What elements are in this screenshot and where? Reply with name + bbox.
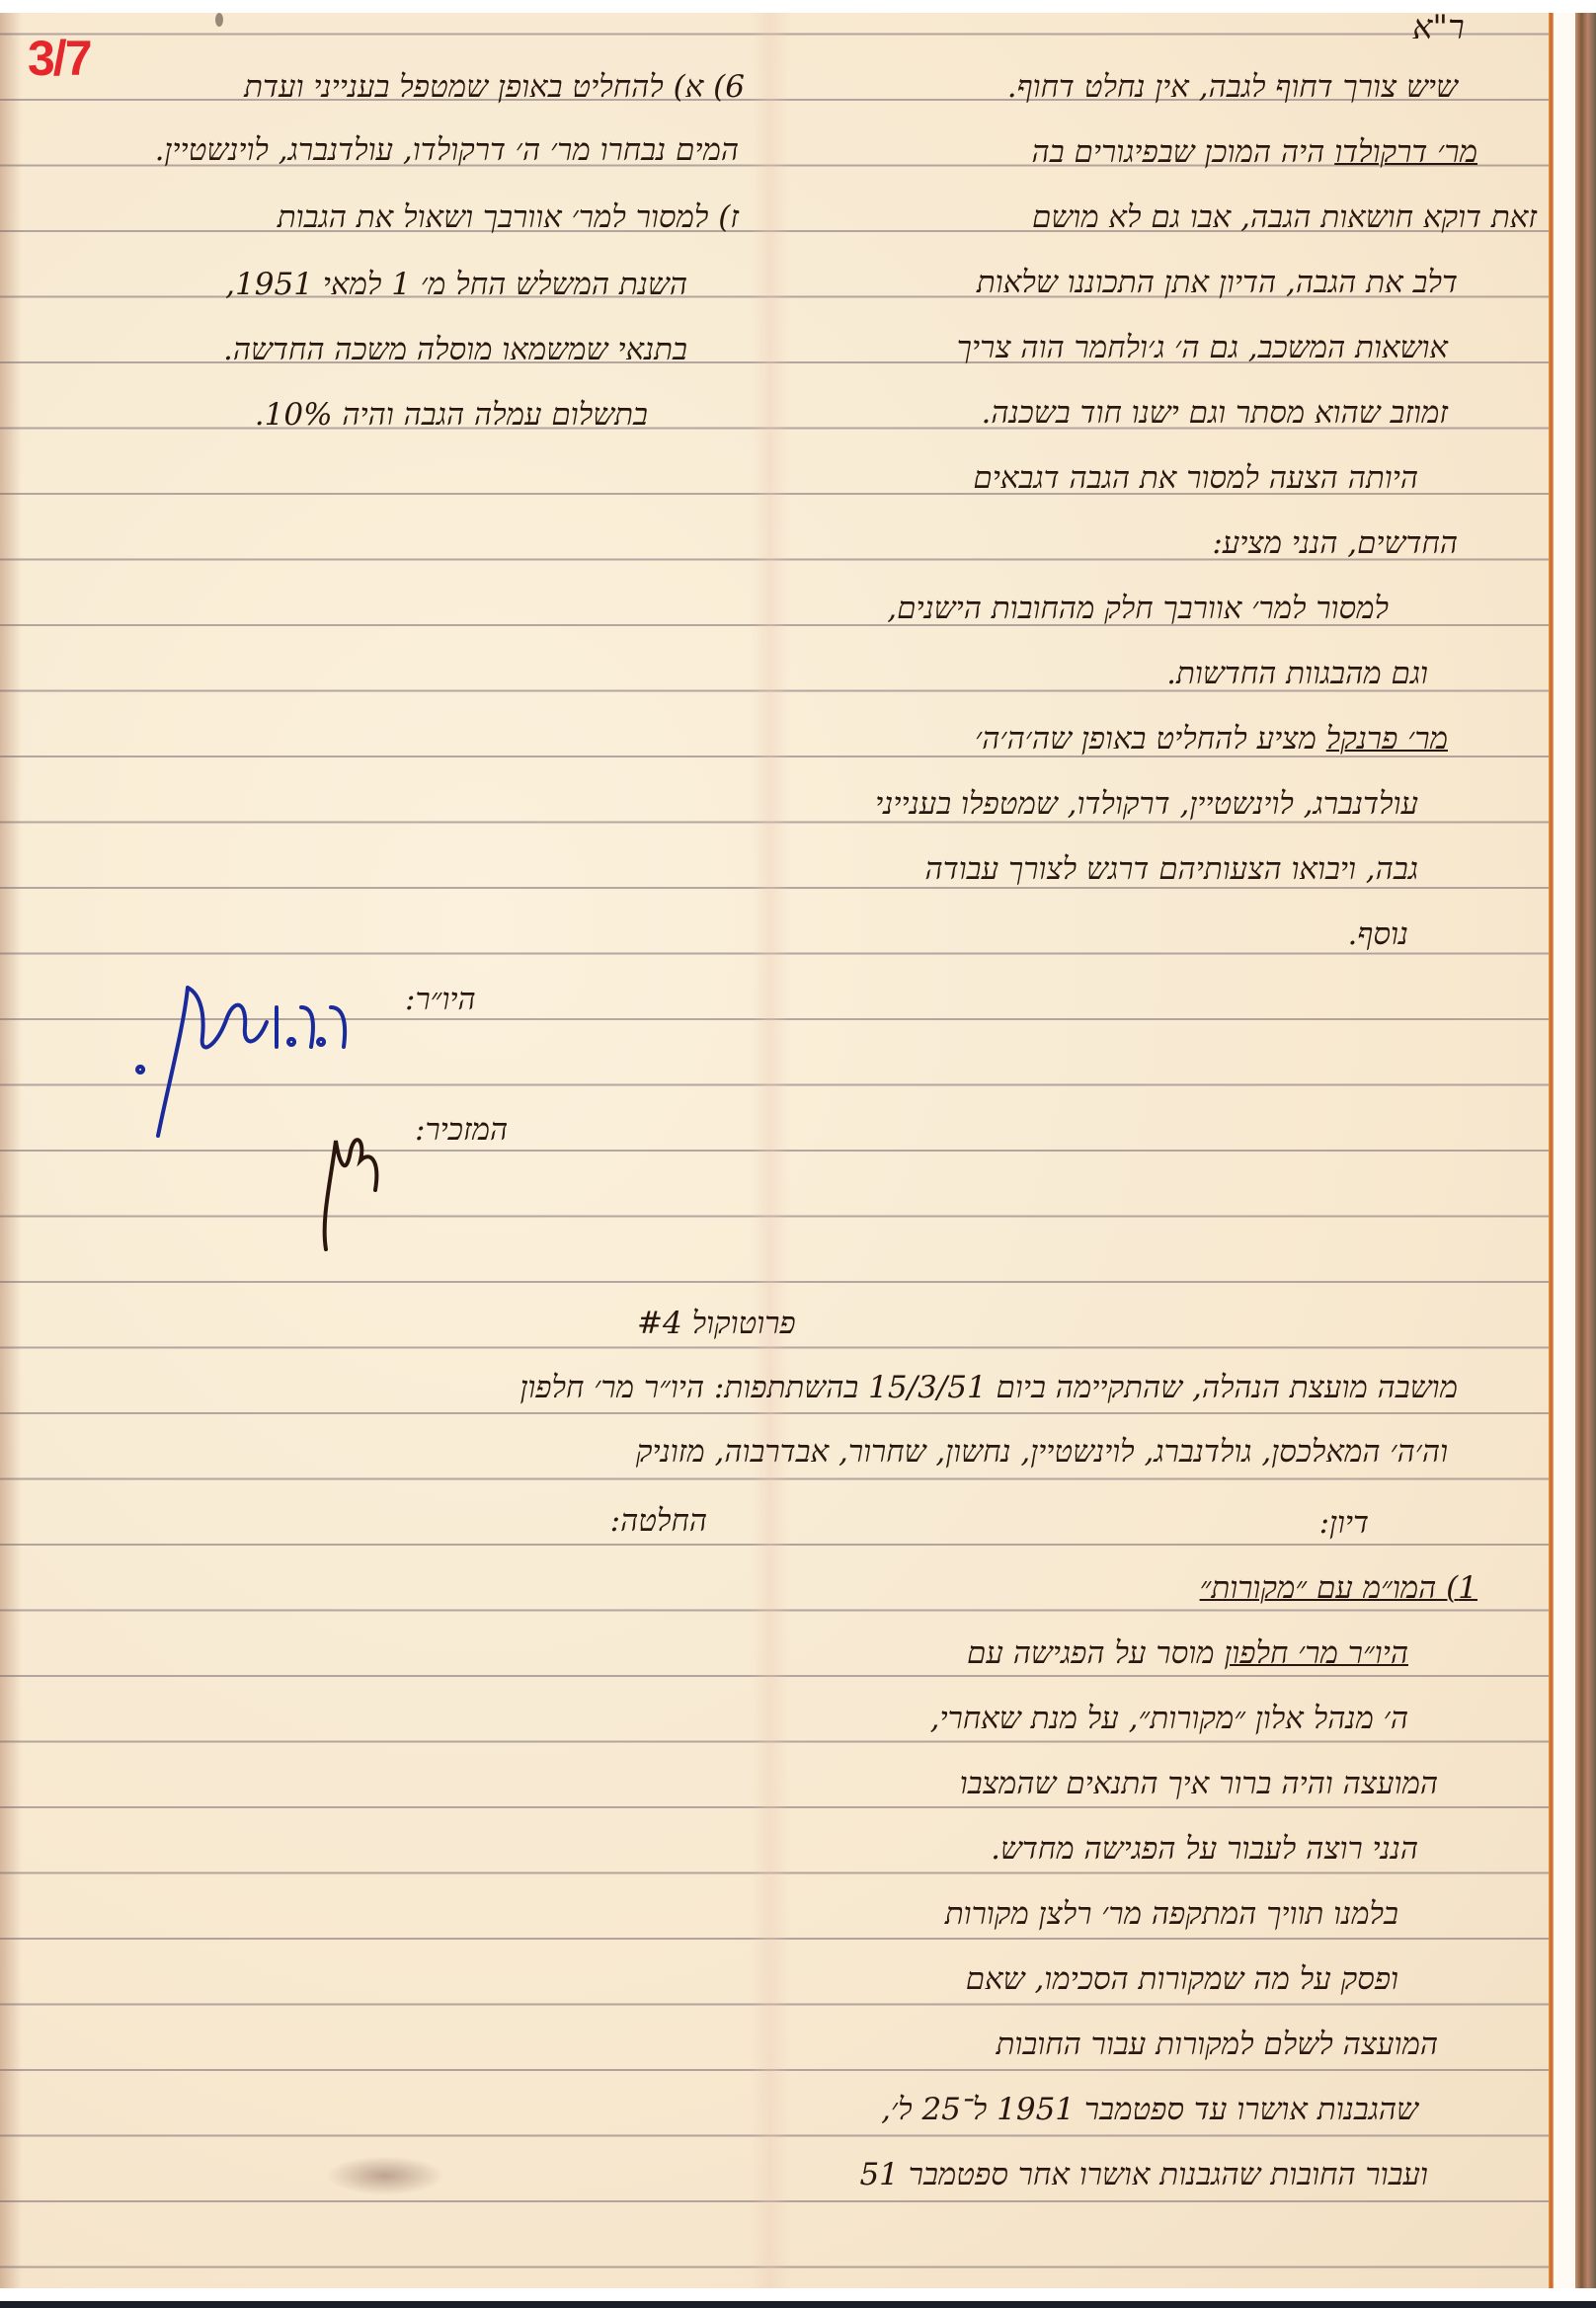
text-line: בתנאי שמשמאו מוסלה משכה החדשה.	[223, 330, 687, 369]
chair-signature	[119, 948, 365, 1146]
text-line: וגם מהבגוות החדשות.	[1166, 654, 1428, 693]
corner-page-number: ר"א	[1412, 8, 1465, 47]
protocol-number: 4	[663, 1306, 682, 1341]
text-line: עולדנברג, לוינשטיין, דרקולדו, שמטפלו בענ…	[875, 784, 1418, 824]
text-line: שיש צורך דחוף לגבה, אין נחלט דחוף.	[1007, 67, 1458, 107]
text-line: נוסף.	[1347, 915, 1408, 954]
text-line: המים נבחרו מר׳ ה׳ דרקולדו, עולדנברג, לוי…	[155, 130, 739, 170]
protocol-title: פרוטוקול #4	[637, 1304, 796, 1343]
text-line: גבה, ויבואו הצעותיהם דרגש לצורך עבודה	[925, 849, 1418, 889]
secretary-label: המזכיר:	[415, 1110, 508, 1150]
secretary-signature	[311, 1121, 390, 1259]
text-line: זמוזב שהוא מסתר וגם ישנו חוד בשכנה.	[982, 393, 1448, 433]
text-line: דלב את הגבה, הדיון אתן התכוננו שלאות	[977, 263, 1458, 302]
speck	[215, 13, 223, 27]
text-line: ז) למסור למר׳ אוורבך ושאול את הגבות	[278, 198, 739, 237]
center-fold	[751, 13, 790, 2288]
text-line: המועצה לשלם למקורות עבור החובות	[997, 2025, 1438, 2064]
text-line: הנני רוצה לעבור על הפגישה מחדש.	[991, 1829, 1418, 1869]
underlined-name: מר׳ דרקולדו	[1334, 134, 1477, 170]
text-line: מר׳ דרקולדו היה המוכן שבפיגורים בה	[1032, 132, 1477, 172]
item-heading: 1) המו״מ עם ״מקורות״	[1200, 1568, 1477, 1608]
ink-smudge	[326, 2156, 444, 2195]
text-line: שהגבנות אושרו עד ספטמבר 1951 ל־25 ל׳,	[881, 2090, 1418, 2129]
chair-label: היו״ר:	[405, 980, 476, 1019]
page-label: 3/7	[28, 30, 91, 87]
text-line: בלמנו תוויך המתקפה מר׳ רלצן מקורות	[945, 1894, 1398, 1934]
text-line: היו״ר מר׳ חלפון מוסר על הפגישה עם	[967, 1633, 1408, 1673]
text-line: היותה הצעה למסור את הגבה דגבאים	[973, 458, 1418, 498]
protocol-title-text: פרוטוקול	[692, 1306, 796, 1341]
underlined-name: מר׳ פרנקל	[1326, 721, 1448, 756]
item-heading-text: 1) המו״מ עם ״מקורות״	[1200, 1570, 1477, 1606]
text-line: ועבור החובות שהגבנות אושרו אחר ספטמבר 51	[859, 2155, 1428, 2194]
page-edge-gap	[1554, 13, 1575, 2288]
text-line: בתשלום עמלה הגבה והיה 10%.	[255, 395, 648, 435]
text-fragment: היה המוכן שבפיגורים בה	[1032, 134, 1325, 170]
text-fragment: מוסר על הפגישה עם	[967, 1635, 1215, 1671]
scan-border	[0, 2301, 1596, 2308]
text-line: ה׳ מנהל אלון ״מקורות״, על מנת שאחרי,	[930, 1699, 1408, 1738]
book-edge	[1575, 13, 1596, 2288]
text-line: מר׳ פרנקל מציע להחליט באופן שה׳ה׳ה׳	[975, 719, 1448, 758]
text-line: זאת דוקא חושאות הגבה, אבו גם לא מושם	[1032, 198, 1537, 237]
text-line: המועצה והיה ברור איך התנאים שהמצבו	[960, 1764, 1438, 1803]
text-line: למסור למר׳ אוורבך חלק מהחובות הישנים,	[887, 589, 1389, 628]
text-line: מושבה מועצת הנהלה, שהתקיימה ביום 15/3/51…	[519, 1368, 1458, 1407]
text-line: החלטה:	[610, 1501, 707, 1541]
text-fragment: מציע להחליט באופן שה׳ה׳ה׳	[975, 721, 1317, 756]
underlined-name: היו״ר מר׳ חלפון	[1224, 1635, 1408, 1671]
text-line: ופסק על מה שמקורות הסכימו, שאם	[966, 1959, 1398, 1999]
text-line: דיון:	[1319, 1503, 1369, 1543]
text-line: החדשים, הנני מציע:	[1212, 523, 1458, 563]
text-line: וה׳ה׳ המאלכסן, גולדנברג, לוינשטיין, נחשו…	[636, 1432, 1448, 1472]
text-line: אושאות המשכב, גם ה׳ ג׳ולחמר הוה צריך	[957, 328, 1448, 367]
text-line: 6) א) להחליט באופן שמטפל בענייני ועדת	[244, 67, 745, 107]
text-line: השנת המשלש החל מ׳ 1 למאי 1951,	[225, 265, 687, 304]
